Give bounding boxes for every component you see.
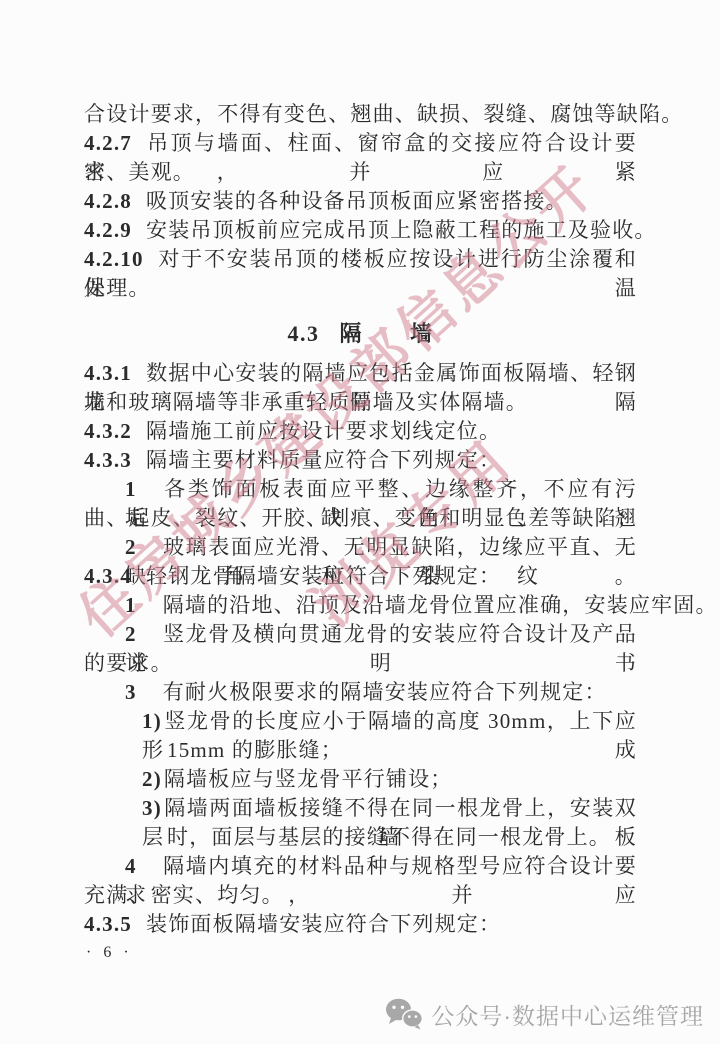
sub-item-number: 2) <box>142 767 162 791</box>
clause-4-2-7: 4.2.7吊顶与墙面、柱面、窗帘盒的交接应符合设计要求，并应紧 <box>84 129 637 158</box>
wechat-account-footer: 公众号·数据中心运维管理 <box>385 997 704 1031</box>
wechat-account-label: 公众号·数据中心运维管理 <box>431 998 704 1031</box>
document-page: 住房城乡建设部信息公开 浏览专用 合设计要求，不得有变色、翘曲、缺损、裂缝、腐蚀… <box>0 0 720 1044</box>
list-item-2: 2玻璃表面应光滑、无明显缺陷，边缘应平直、无缺角和裂纹。 <box>84 533 637 562</box>
line-text: 隔墙施工前应按设计要求划线定位。 <box>146 419 501 443</box>
line-text: 竖龙骨及横向贯通龙骨的安装应符合设计及产品说明书 <box>125 622 637 675</box>
line-text: 15mm 的膨胀缝； <box>167 738 343 762</box>
sub-item-number: 1) <box>142 709 162 733</box>
item-number: 1 <box>125 477 137 501</box>
item-number: 4 <box>125 854 137 878</box>
line-text: 装饰面板隔墙安装应符合下列规定： <box>146 912 501 936</box>
wechat-icon <box>385 997 423 1031</box>
paragraph-line: 合设计要求，不得有变色、翘曲、缺损、裂缝、腐蚀等缺陷。 <box>84 100 637 129</box>
line-text: 隔墙主要材料质量应符合下列规定： <box>146 448 501 472</box>
section-number: 4.3 <box>287 321 319 346</box>
clause-number: 4.2.9 <box>84 218 132 242</box>
line-text: 墙和玻璃隔墙等非承重轻质隔墙及实体隔墙。 <box>84 390 528 414</box>
clause-number: 4.2.8 <box>84 189 132 213</box>
clause-number: 4.3.1 <box>84 361 132 385</box>
item-number: 2 <box>125 622 137 646</box>
clause-4-2-10: 4.2.10对于不安装吊顶的楼板应按设计进行防尘涂覆和保温 <box>84 245 637 274</box>
page-number: · 6 · <box>86 944 133 962</box>
line-text: 安装吊顶板前应完成吊顶上隐蔽工程的施工及验收。 <box>146 218 657 242</box>
line-text: 时，面层与基层的接缝不得在同一根龙骨上。 <box>167 825 611 849</box>
line-text: 合设计要求，不得有变色、翘曲、缺损、裂缝、腐蚀等缺陷。 <box>84 102 683 126</box>
list-item-1: 1隔墙的沿地、沿顶及沿墙龙骨位置应准确，安装应牢固。 <box>84 591 637 620</box>
item-number: 2 <box>125 535 137 559</box>
paragraph-line: 曲、起皮、裂纹、开胶、划痕、变色和明显色差等缺陷； <box>84 504 637 533</box>
section-title: 隔 墙 <box>339 321 433 346</box>
list-item-2: 2竖龙骨及横向贯通龙骨的安装应符合设计及产品说明书 <box>84 620 637 649</box>
line-text: 处理。 <box>84 276 151 300</box>
item-number: 3 <box>125 680 137 704</box>
clause-4-3-2: 4.3.2隔墙施工前应按设计要求划线定位。 <box>84 417 637 446</box>
sub-item-2: 2)隔墙板应与竖龙骨平行铺设； <box>84 765 637 794</box>
line-text: 的要求。 <box>84 651 173 675</box>
line-text: 充满、密实、均匀。 <box>84 883 284 907</box>
clause-number: 4.3.3 <box>84 448 132 472</box>
line-text: 轻钢龙骨隔墙安装应符合下列规定： <box>146 564 501 588</box>
line-text: 密、美观。 <box>84 160 195 184</box>
line-text: 对于不安装吊顶的楼板应按设计进行防尘涂覆和保温 <box>84 247 637 300</box>
list-item-4: 4隔墙内填充的材料品种与规格型号应符合设计要求，并应 <box>84 852 637 881</box>
line-text: 曲、起皮、裂纹、开胶、划痕、变色和明显色差等缺陷； <box>84 506 639 530</box>
list-item-3: 3有耐火极限要求的隔墙安装应符合下列规定： <box>84 678 637 707</box>
line-text: 有耐火极限要求的隔墙安装应符合下列规定： <box>163 680 607 704</box>
clause-number: 4.2.10 <box>84 247 144 271</box>
line-text: 隔墙板应与竖龙骨平行铺设； <box>164 767 453 791</box>
line-text: 吸顶安装的各种设备吊顶板面应紧密搭接。 <box>146 189 568 213</box>
clause-4-3-3: 4.3.3隔墙主要材料质量应符合下列规定： <box>84 446 637 475</box>
clause-4-3-5: 4.3.5装饰面板隔墙安装应符合下列规定： <box>84 910 637 939</box>
clause-number: 4.3.4 <box>84 564 132 588</box>
clause-4-3-1: 4.3.1数据中心安装的隔墙应包括金属饰面板隔墙、轻钢龙骨隔 <box>84 359 637 388</box>
sub-item-3: 3)隔墙两面墙板接缝不得在同一根龙骨上，安装双层墙板 <box>84 794 637 823</box>
clause-number: 4.2.7 <box>84 131 132 155</box>
item-number: 1 <box>125 593 137 617</box>
clause-4-2-8: 4.2.8吸顶安装的各种设备吊顶板面应紧密搭接。 <box>84 187 637 216</box>
section-heading: 4.3隔 墙 <box>84 319 637 349</box>
sub-item-number: 3) <box>142 796 162 820</box>
clause-number: 4.3.5 <box>84 912 132 936</box>
sub-item-1: 1)竖龙骨的长度应小于隔墙的高度 30mm，上下应形成 <box>84 707 637 736</box>
line-text: 隔墙的沿地、沿顶及沿墙龙骨位置应准确，安装应牢固。 <box>163 593 718 617</box>
document-body: 合设计要求，不得有变色、翘曲、缺损、裂缝、腐蚀等缺陷。 4.2.7吊顶与墙面、柱… <box>84 100 637 939</box>
paragraph-line: 时，面层与基层的接缝不得在同一根龙骨上。 <box>84 823 637 852</box>
clause-number: 4.3.2 <box>84 419 132 443</box>
list-item-1: 1各类饰面板表面应平整、边缘整齐，不应有污垢、缺角、翘 <box>84 475 637 504</box>
clause-4-2-9: 4.2.9安装吊顶板前应完成吊顶上隐蔽工程的施工及验收。 <box>84 216 637 245</box>
